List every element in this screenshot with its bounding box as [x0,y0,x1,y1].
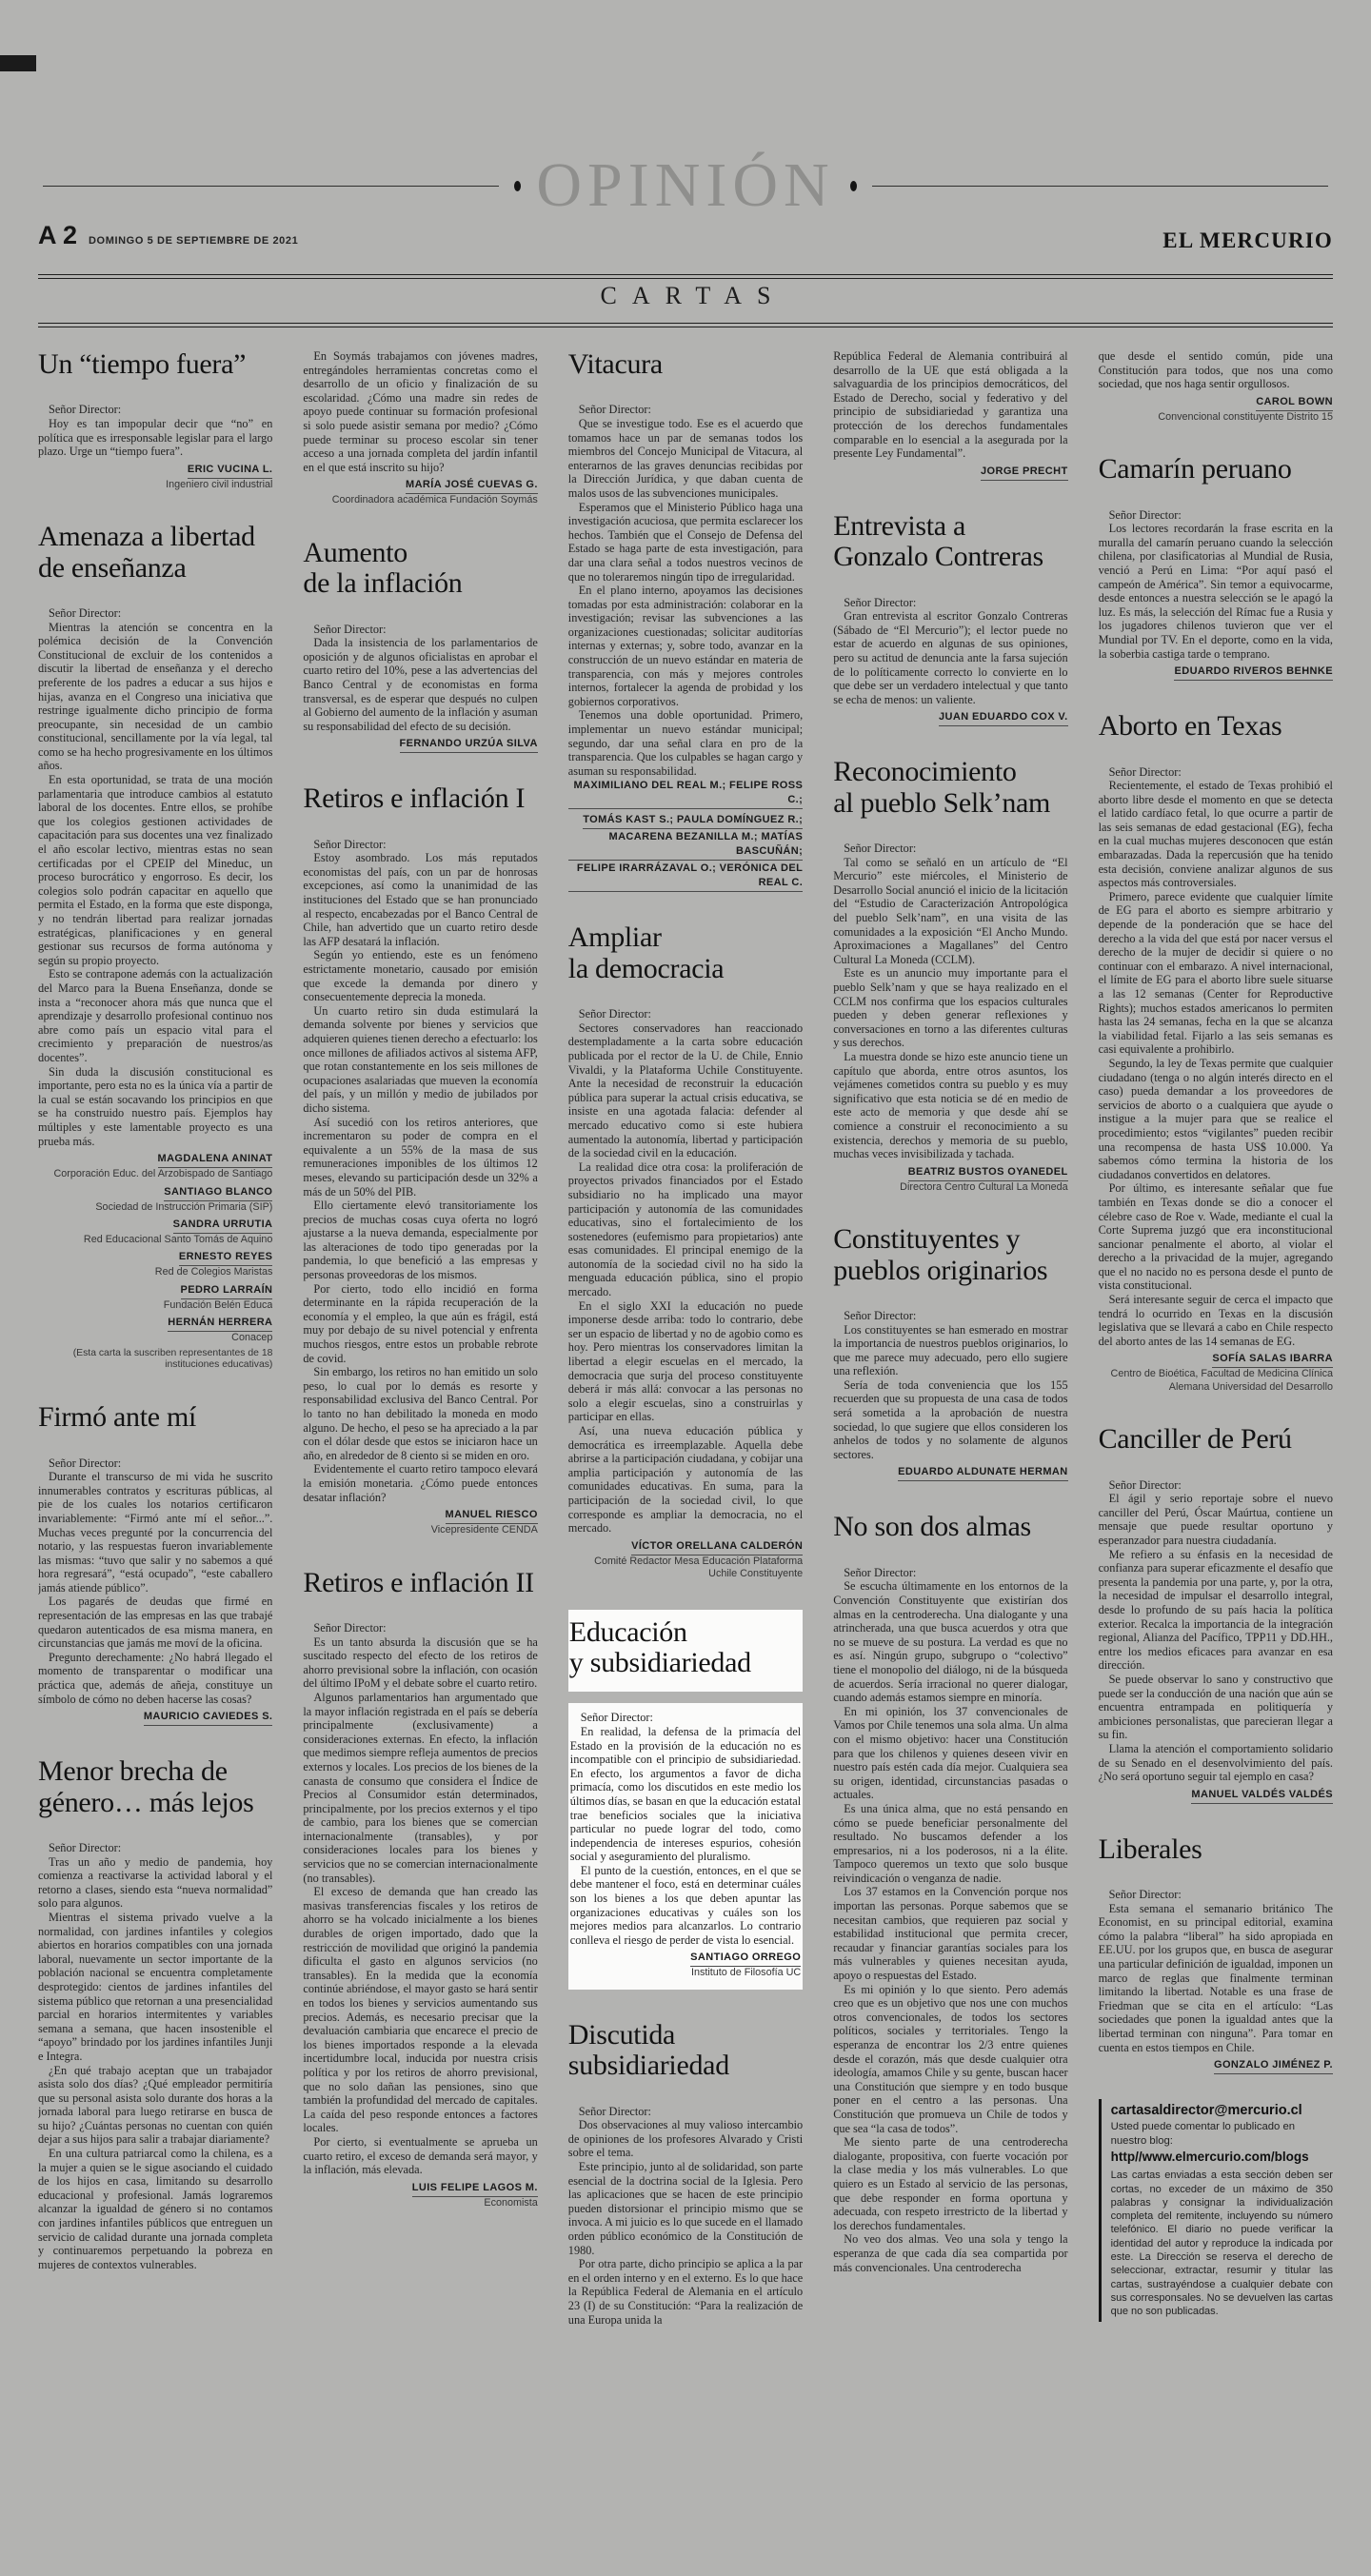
letter-paragraph: que desde el sentido común, pide una Con… [1099,349,1333,391]
signature: VÍCTOR ORELLANA CALDERÓNComité Redactor … [568,1536,803,1581]
letter-paragraph: Tenemos una doble oportunidad. Primero, … [568,708,803,778]
letter-headline: Discutidasubsidiariedad [568,2020,803,2082]
signature: SOFÍA SALAS IBARRACentro de Bioética, Fa… [1099,1349,1333,1394]
letter-body: Señor Director:Que se investigue todo. E… [568,403,803,892]
signature: BEATRIZ BUSTOS OYANEDELDirectora Centro … [833,1162,1067,1194]
letter-paragraph: Señor Director: [833,1309,1067,1323]
signature: GONZALO JIMÉNEZ P. [1099,2055,1333,2074]
signature-affiliation: Convencional constituyente Distrito 15 [1099,411,1333,424]
signature-affiliation: Red Educacional Santo Tomás de Aquino [38,1234,272,1246]
letter-paragraph: Me siento parte de una centroderecha dia… [833,2135,1067,2232]
letters-policy-text: Las cartas enviadas a esta sección deben… [1111,2169,1333,2318]
letter-paragraph: República Federal de Alemania contribuir… [833,349,1067,461]
signature: EDUARDO RIVEROS BEHNKE [1099,662,1333,681]
letter-paragraph: Que se investigue todo. Ese es el acuerd… [568,417,803,501]
signature-affiliation: Directora Centro Cultural La Moneda [833,1181,1067,1194]
letter-body: Señor Director:Dada la insistencia de lo… [303,623,537,754]
letter-paragraph: Recientemente, el estado de Texas prohib… [1099,779,1333,890]
signature: HERNÁN HERRERAConacep [38,1313,272,1344]
signature-affiliation: Corporación Educ. del Arzobispado de San… [38,1168,272,1180]
signature: SANTIAGO BLANCOSociedad de Instrucción P… [38,1182,272,1214]
letter-paragraph: Señor Director: [38,403,272,417]
letter-paragraph: Señor Director: [568,1007,803,1021]
signature-name: FERNANDO URZÚA SILVA [400,737,538,753]
letter-body: Señor Director:Los lectores recordarán l… [1099,508,1333,682]
letter-paragraph: Señor Director: [1099,508,1333,523]
column-3: VitacuraSeñor Director:Que se investigue… [568,347,803,2570]
letter-paragraph: Sectores conservadores han reaccionado d… [568,1021,803,1160]
right-rule [872,186,1328,187]
signature-name: MACARENA BEZANILLA M.; MATÍAS BASCUÑÁN; [568,830,803,861]
column-4: República Federal de Alemania contribuir… [833,347,1067,2570]
signature-name: VÍCTOR ORELLANA CALDERÓN [631,1539,803,1556]
letter-paragraph: Señor Director: [833,596,1067,610]
letter-paragraph: Por otra parte, dicho principio se aplic… [568,2257,803,2327]
page-number: A 2 [38,223,77,248]
signature: SANDRA URRUTIARed Educacional Santo Tomá… [38,1215,272,1246]
left-rule-bullet-icon [514,181,521,191]
letter-paragraph: El ágil y serio reportaje sobre el nuevo… [1099,1492,1333,1547]
letter-headline: Canciller de Perú [1099,1424,1333,1455]
letter-paragraph: Es mi opinión y lo que siento. Pero adem… [833,1983,1067,2136]
letter-body: En Soymás trabajamos con jóvenes madres,… [303,349,537,507]
letter-paragraph: Señor Director: [568,403,803,417]
letter-paragraph: Tal como se señaló en un artículo de “El… [833,856,1067,967]
signature: PEDRO LARRAÍNFundación Belén Educa [38,1280,272,1312]
letter-headline: Liberales [1099,1834,1333,1865]
letter-headline: Menor brecha degénero… más lejos [38,1756,272,1818]
divider-rule-top [38,274,1333,279]
letter-headline: Retiros e inflación I [303,783,537,814]
letter-paragraph: En una cultura patriarcal como la chilen… [38,2147,272,2271]
letters-contact-box: cartasaldirector@mercurio.clUsted puede … [1099,2099,1333,2322]
signature-affiliation: Vicepresidente CENDA [303,1524,537,1536]
signature-affiliation: Coordinadora académica Fundación Soymás [303,494,537,506]
divider-rule-bottom [38,323,1333,327]
letter-paragraph: Segundo, la ley de Texas permite que cua… [1099,1057,1333,1181]
letter-body: Señor Director:Los constituyentes se han… [833,1309,1067,1482]
letter-paragraph: El exceso de demanda que han creado las … [303,1885,537,2135]
letter-body: Señor Director:Esta semana el semanario … [1099,1888,1333,2074]
signature: MANUEL VALDÉS VALDÉS [1099,1785,1333,1804]
signature: MAGDALENA ANINATCorporación Educ. del Ar… [38,1149,272,1180]
signature-name: ERIC VUCINA L. [188,463,273,479]
letter-paragraph: Algunos parlamentarios han argumentado q… [303,1691,537,1885]
section-title: OPINIÓN [536,154,834,217]
letter-paragraph: Esperamos que el Ministerio Público haga… [568,501,803,585]
letter-body: Señor Director:Estoy asombrado. Los más … [303,838,537,1537]
signature-affiliation: Conacep [38,1332,272,1344]
signature-name: MAXIMILIANO DEL REAL M.; FELIPE ROSS C.; [568,779,803,809]
letter-paragraph: Señor Director: [38,1456,272,1471]
letter-headline: Camarín peruano [1099,454,1333,485]
letter-paragraph: Señor Director: [568,2105,803,2119]
signature-affiliation: Instituto de Filosofía UC [570,1967,801,1979]
signature-name: EDUARDO RIVEROS BEHNKE [1174,664,1333,681]
letter-body: Señor Director:En realidad, la defensa d… [568,1703,803,1990]
letter-paragraph: En esta oportunidad, se trata de una moc… [38,773,272,967]
letter-paragraph: Sería de toda conveniencia que los 155 r… [833,1378,1067,1462]
signature: MARÍA JOSÉ CUEVAS G.Coordinadora académi… [303,475,537,506]
letter-paragraph: Señor Director: [303,838,537,852]
signature: MAURICIO CAVIEDES S. [38,1707,272,1726]
signature-name: MAGDALENA ANINAT [158,1152,273,1168]
letter-paragraph: Señor Director: [38,606,272,621]
letter-headline: Aborto en Texas [1099,711,1333,742]
letter-paragraph: Así, una nueva educación pública y democ… [568,1424,803,1536]
letter-body: Señor Director:Hoy es tan impopular deci… [38,403,272,491]
letter-paragraph: Sin duda la discusión constitucional es … [38,1065,272,1149]
letter-body: Señor Director:Es un tanto absurda la di… [303,1621,537,2209]
signature-name: BEATRIZ BUSTOS OYANEDEL [908,1165,1068,1181]
letter-paragraph: Señor Director: [570,1711,801,1725]
letter-paragraph: Por último, es interesante señalar que f… [1099,1181,1333,1293]
letter-paragraph: En el siglo XXI la educación no puede im… [568,1299,803,1424]
letter-headline: Vitacura [568,349,803,380]
column-5: que desde el sentido común, pide una Con… [1099,347,1333,2570]
letter-paragraph: Según yo entiendo, este es un fenómeno e… [303,948,537,1003]
signature-affiliation: Red de Colegios Maristas [38,1266,272,1278]
letter-body: Señor Director:Mientras la atención se c… [38,606,272,1372]
column-1: Un “tiempo fuera”Señor Director:Hoy es t… [38,347,272,2570]
signature: SANTIAGO ORREGOInstituto de Filosofía UC [570,1948,801,1979]
right-rule-bullet-icon [850,181,857,191]
signature: FERNANDO URZÚA SILVA [303,734,537,753]
letter-paragraph: En Soymás trabajamos con jóvenes madres,… [303,349,537,474]
signature-name: GONZALO JIMÉNEZ P. [1214,2058,1333,2074]
letter-paragraph: Señor Director: [833,842,1067,856]
letter-paragraph: Es un tanto absurda la discusión que se … [303,1635,537,1691]
signature: JUAN EDUARDO COX V. [833,707,1067,726]
signature-name: SANDRA URRUTIA [173,1218,273,1234]
letter-paragraph: En realidad, la defensa de la primacía d… [570,1725,801,1864]
letter-paragraph: Señor Director: [1099,765,1333,780]
letter-paragraph: Por cierto, si eventualmente se aprueba … [303,2135,537,2177]
letter-paragraph: Llama la atención el comportamiento soli… [1099,1742,1333,1784]
letter-body: Señor Director:Tras un año y medio de pa… [38,1841,272,2271]
contact-blog-url: http//www.elmercurio.com/blogs [1111,2149,1333,2166]
letter-paragraph: Dada la insistencia de los parlamentario… [303,636,537,733]
signature-name: JORGE PRECHT [981,465,1068,481]
signature: TOMÁS KAST S.; PAULA DOMÍNGUEZ R.; [568,810,803,829]
letter-paragraph: Tras un año y medio de pandemia, hoy com… [38,1855,272,1911]
letter-paragraph: No veo dos almas. Veo una sola y tengo l… [833,2232,1067,2274]
newspaper-brand: EL MERCURIO [1162,229,1333,251]
signature-affiliation: Comité Redactor Mesa Educación Plataform… [568,1556,803,1581]
letter-headline: Retiros e inflación II [303,1568,537,1598]
letter-headline: No son dos almas [833,1512,1067,1542]
letter-paragraph: Mientras la atención se concentra en la … [38,621,272,774]
signature: MANUEL RIESCOVicepresidente CENDA [303,1505,537,1536]
letter-headline: Un “tiempo fuera” [38,349,272,380]
letter-body: Señor Director:Tal como se señaló en un … [833,842,1067,1194]
signature: FELIPE IRARRÁZAVAL O.; VERÓNICA DEL REAL… [568,862,803,892]
letter-headline: Amenaza a libertadde enseñanza [38,522,272,584]
signature: MAXIMILIANO DEL REAL M.; FELIPE ROSS C.; [568,779,803,809]
signature-name: JUAN EDUARDO COX V. [939,710,1068,726]
letter-body: que desde el sentido común, pide una Con… [1099,349,1333,424]
letter-body: Señor Director:Gran entrevista al escrit… [833,596,1067,727]
letter-body: Señor Director:Dos observaciones al muy … [568,2105,803,2328]
signature-affiliation: Economista [303,2197,537,2209]
letter-paragraph: Evidentemente el cuarto retiro tampoco e… [303,1462,537,1504]
page-header: OPINIÓN A 2 DOMINGO 5 DE SEPTIEMBRE DE 2… [0,0,1371,347]
letter-paragraph: ¿En qué trabajo aceptan que un trabajado… [38,2064,272,2148]
left-rule [43,186,499,187]
signature-name: TOMÁS KAST S.; PAULA DOMÍNGUEZ R.; [583,813,803,829]
letter-body: Señor Director:El ágil y serio reportaje… [1099,1478,1333,1804]
letter-headline: Aumentode la inflación [303,538,537,600]
letter-paragraph: Me refiero a su énfasis en la necesidad … [1099,1548,1333,1673]
letter-paragraph: Primero, parece evidente que cualquier l… [1099,890,1333,1057]
letter-paragraph: El punto de la cuestión, entonces, en el… [570,1864,801,1948]
letter-body: Señor Director:Recientemente, el estado … [1099,765,1333,1395]
letter-body: Señor Director:Sectores conservadores ha… [568,1007,803,1580]
letter-paragraph: Gran entrevista al escritor Gonzalo Cont… [833,609,1067,706]
letter-paragraph: En mi opinión, los 37 convencionales de … [833,1705,1067,1802]
contact-blog-caption: Usted puede comentar lo publicado en nue… [1111,2120,1333,2149]
letter-paragraph: Es una única alma, que no está pensando … [833,1802,1067,1886]
signature-name: LUIS FELIPE LAGOS M. [412,2181,538,2197]
signature: LUIS FELIPE LAGOS M.Economista [303,2178,537,2209]
signature-name: ERNESTO REYES [179,1250,273,1266]
letters-grid: Un “tiempo fuera”Señor Director:Hoy es t… [0,347,1371,2570]
letter-headline: Educacióny subsidiariedad [568,1610,803,1693]
signature: JORGE PRECHT [833,462,1067,481]
signature-affiliation: Fundación Belén Educa [38,1299,272,1312]
signature-name: MAURICIO CAVIEDES S. [144,1710,273,1726]
letter-headline: Firmó ante mí [38,1402,272,1433]
letter-paragraph: Mientras el sistema privado vuelve a la … [38,1911,272,2064]
signature: MACARENA BEZANILLA M.; MATÍAS BASCUÑÁN; [568,830,803,861]
letter-paragraph: Hoy es tan impopular decir que “no” en p… [38,417,272,459]
letter-paragraph: Será interesante seguir de cerca el impa… [1099,1293,1333,1348]
signature-name: SANTIAGO BLANCO [164,1185,272,1201]
signature-name: MARÍA JOSÉ CUEVAS G. [406,478,538,494]
letter-paragraph: Estoy asombrado. Los más reputados econo… [303,851,537,948]
letter-paragraph: Durante el transcurso de mi vida he susc… [38,1470,272,1595]
letter-paragraph: Esto se contrapone además con la actuali… [38,967,272,1064]
letter-paragraph: Señor Director: [303,1621,537,1635]
letter-headline: Constituyentes ypueblos originarios [833,1224,1067,1286]
signature: ERNESTO REYESRed de Colegios Maristas [38,1247,272,1278]
letter-paragraph: Así sucedió con los retiros anteriores, … [303,1116,537,1199]
signature-affiliation: Centro de Bioética, Facultad de Medicina… [1099,1368,1333,1394]
page-date: DOMINGO 5 DE SEPTIEMBRE DE 2021 [89,236,298,247]
letter-paragraph: Señor Director: [1099,1888,1333,1902]
signature: EDUARDO ALDUNATE HERMAN [833,1462,1067,1481]
signature-affiliation: Ingeniero civil industrial [38,479,272,491]
letter-paragraph: Ello ciertamente elevó transitoriamente … [303,1199,537,1282]
letter-paragraph: Este principio, junto al de solidaridad,… [568,2160,803,2257]
letter-paragraph: Se puede observar lo sano y constructivo… [1099,1673,1333,1742]
letter-paragraph: Los constituyentes se han esmerado en mo… [833,1323,1067,1378]
letter-body: Señor Director:Durante el transcurso de … [38,1456,272,1727]
letter-paragraph: Dos observaciones al muy valioso interca… [568,2118,803,2160]
signature-name: CAROL BOWN [1256,395,1333,411]
signature: CAROL BOWNConvencional constituyente Dis… [1099,392,1333,424]
letter-body: República Federal de Alemania contribuir… [833,349,1067,481]
letter-paragraph: La muestra donde se hizo este anuncio ti… [833,1050,1067,1161]
print-registration-mark [0,55,36,71]
letter-paragraph: La realidad dice otra cosa: la prolifera… [568,1160,803,1299]
letter-paragraph: Señor Director: [38,1841,272,1855]
signature-name: MANUEL RIESCO [446,1508,538,1524]
signature: ERIC VUCINA L.Ingeniero civil industrial [38,460,272,491]
subsection-title: CARTAS [0,283,1371,310]
letter-headline: Ampliarla democracia [568,922,803,984]
signature-name: SOFÍA SALAS IBARRA [1212,1352,1333,1368]
signature-name: EDUARDO ALDUNATE HERMAN [898,1465,1067,1481]
signature-note: (Esta carta la suscriben representantes … [38,1348,272,1373]
section-title-row: OPINIÓN [43,154,1328,217]
letter-paragraph: Un cuarto retiro sin duda estimulará la … [303,1004,537,1116]
letter-headline: Entrevista aGonzalo Contreras [833,511,1067,573]
letter-paragraph: Esta semana el semanario británico The E… [1099,1902,1333,2055]
signature-name: HERNÁN HERRERA [168,1316,272,1332]
letter-paragraph: Se escucha últimamente en los entornos d… [833,1579,1067,1704]
letter-paragraph: Señor Director: [303,623,537,637]
letter-paragraph: Este es un anuncio muy importante para e… [833,966,1067,1050]
signature-affiliation: Sociedad de Instrucción Primaria (SIP) [38,1201,272,1214]
letter-paragraph: Sin embargo, los retiros no han emitido … [303,1365,537,1462]
letter-headline: Reconocimientoal pueblo Selk’nam [833,757,1067,819]
masthead-left: A 2 DOMINGO 5 DE SEPTIEMBRE DE 2021 [38,223,298,248]
signature-name: PEDRO LARRAÍN [181,1283,273,1299]
letter-paragraph: En el plano interno, apoyamos las decisi… [568,584,803,708]
letter-body: Señor Director:Se escucha últimamente en… [833,1566,1067,2274]
letter-paragraph: Los pagarés de deudas que firmé en repre… [38,1595,272,1650]
signature-name: SANTIAGO ORREGO [690,1951,801,1967]
signature-name: FELIPE IRARRÁZAVAL O.; VERÓNICA DEL REAL… [568,862,803,892]
signature-name: MANUEL VALDÉS VALDÉS [1191,1788,1333,1804]
letter-paragraph: Los 37 estamos en la Convención porque n… [833,1885,1067,1982]
letter-paragraph: Los lectores recordarán la frase escrita… [1099,522,1333,661]
letter-paragraph: Señor Director: [833,1566,1067,1580]
column-2: En Soymás trabajamos con jóvenes madres,… [303,347,537,2570]
letter-paragraph: Por cierto, todo ello incidió en forma d… [303,1282,537,1366]
letter-paragraph: Pregunto derechamente: ¿No habrá llegado… [38,1651,272,1706]
letter-paragraph: Señor Director: [1099,1478,1333,1493]
contact-email: cartasaldirector@mercurio.cl [1111,2102,1333,2120]
